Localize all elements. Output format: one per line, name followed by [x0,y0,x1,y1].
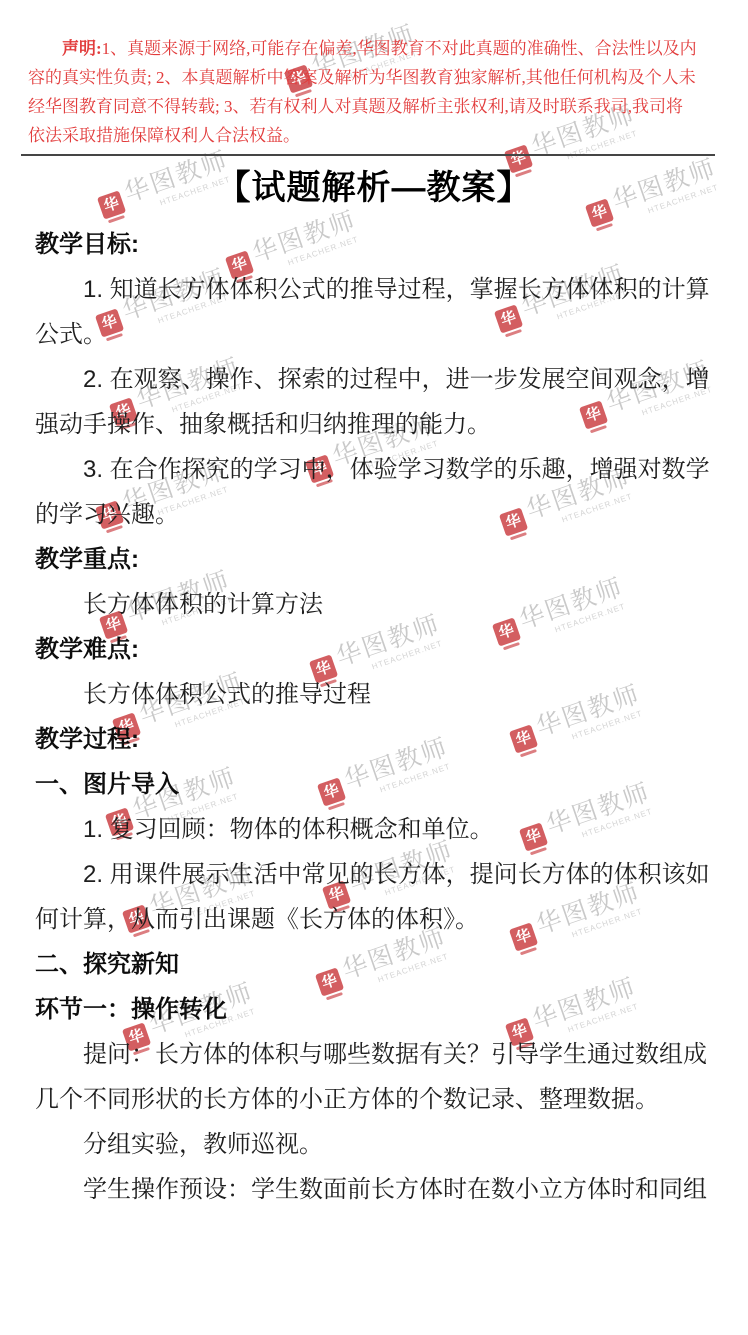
subsection-heading-picture-introduction: 一、图片导入 [35,762,736,807]
paragraph: 学生操作预设：学生数面前长方体时在数小立方体时和同组 [35,1167,736,1212]
paragraph: 1. 知道长方体体积公式的推导过程，掌握长方体体积的计算 公式。 [35,267,736,357]
paragraph: 3. 在合作探究的学习中，体验学习数学的乐趣，增强对数学 的学习兴趣。 [35,447,736,537]
paragraph: 长方体体积的计算方法 [35,582,736,627]
disclaimer: 声明:1、真题来源于网络,可能存在偏差,华图教育不对此真题的准确性、合法性以及内… [0,0,748,150]
paragraph: 分组实验，教师巡视。 [35,1122,736,1167]
document-content: 声明:1、真题来源于网络,可能存在偏差,华图教育不对此真题的准确性、合法性以及内… [0,0,748,1212]
disclaimer-label: 声明: [62,39,102,58]
subsection-heading-step-one: 环节一：操作转化 [35,987,736,1032]
paragraph: 提问：长方体的体积与哪些数据有关？引导学生通过数组成 几个不同形状的长方体的小正… [35,1032,736,1122]
section-heading-teaching-process: 教学过程: [35,717,736,762]
section-heading-teaching-difficulties: 教学难点: [35,627,736,672]
paragraph: 1. 复习回顾：物体的体积概念和单位。 [35,807,736,852]
section-heading-teaching-key-points: 教学重点: [35,537,736,582]
paragraph: 2. 用课件展示生活中常见的长方体，提问长方体的体积该如 何计算，从而引出课题《… [35,852,736,942]
divider-line [21,154,715,156]
document-page: 华 华图教师 HTEACHER.NET 华 华图教师 HTEACHER.NET … [0,0,748,1335]
paragraph: 2. 在观察、操作、探索的过程中，进一步发展空间观念，增 强动手操作、抽象概括和… [35,357,736,447]
paragraph: 长方体体积公式的推导过程 [35,672,736,717]
page-title: 【试题解析—教案】 [0,166,748,210]
section-heading-teaching-objectives: 教学目标: [35,222,736,267]
lesson-plan-body: 教学目标: 1. 知道长方体体积公式的推导过程，掌握长方体体积的计算 公式。 2… [0,222,748,1212]
subsection-heading-explore-new-knowledge: 二、探究新知 [35,942,736,987]
disclaimer-text: 1、真题来源于网络,可能存在偏差,华图教育不对此真题的准确性、合法性以及内 容的… [28,39,697,145]
